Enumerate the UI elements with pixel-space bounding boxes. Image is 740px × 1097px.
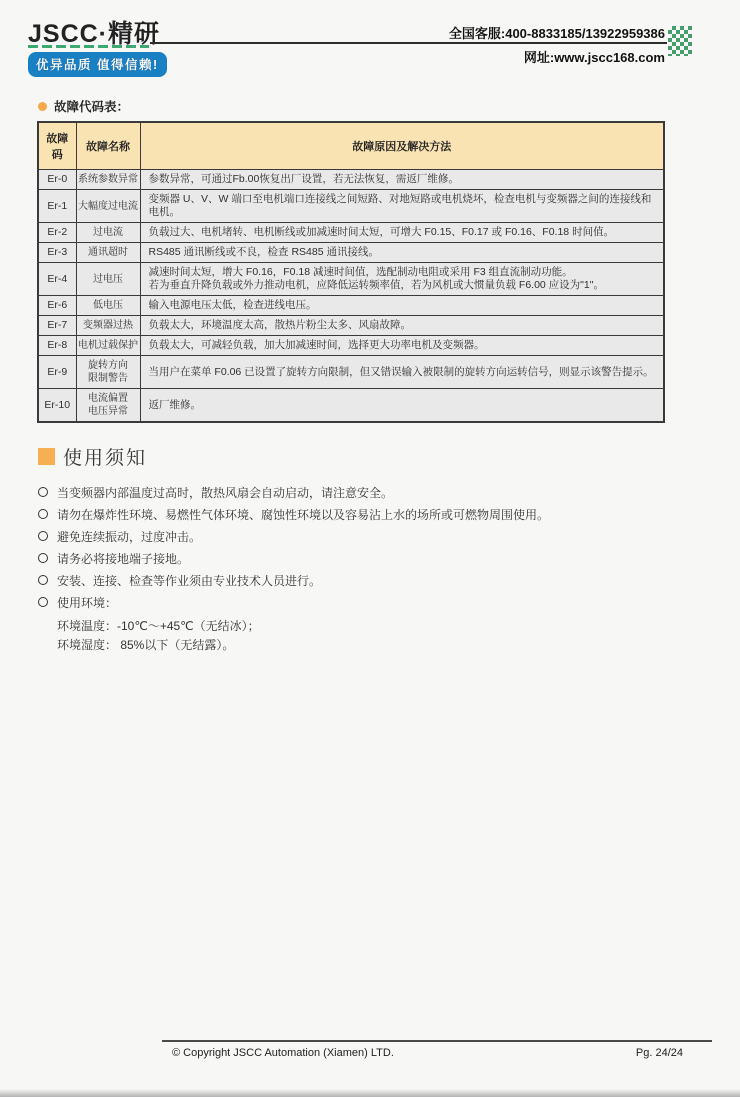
fault-desc-cell: 变频器 U、V、W 端口至电机端口连接线之间短路、对地短路或电机烧坏，检查电机与…: [140, 190, 664, 223]
fault-desc-cell: 负载太大，可减轻负载，加大加减速时间，选择更大功率电机及变频器。: [140, 336, 664, 356]
logo-underline-dashes-icon: [28, 45, 149, 48]
usage-notice-section: 使用须知 当变频器内部温度过高时，散热风扇会自动启动，请注意安全。 请勿在爆炸性…: [38, 443, 698, 661]
fault-desc-cell: 当用户在菜单 F0.06 已设置了旋转方向限制，但又错误输入被限制的旋转方向运转…: [140, 356, 664, 389]
bullet-ring-icon: [38, 531, 48, 541]
fault-table-row: Er-7 变频器过热 负载太大，环境温度太高，散热片粉尘太多、风扇故障。: [38, 316, 664, 336]
fault-name-cell: 变频器过热: [76, 316, 140, 336]
fault-name-cell: 低电压: [76, 296, 140, 316]
fault-code-cell: Er-1: [38, 190, 76, 223]
table-header-row: 故障码 故障名称 故障原因及解决方法: [38, 122, 664, 170]
fault-desc-cell: 返厂维修。: [140, 389, 664, 423]
bullet-ring-icon: [38, 597, 48, 607]
notice-item-sublines: 环境温度：-10℃～+45℃（无结冰）； 环境湿度： 85%以下（无结露）。: [57, 617, 698, 655]
fault-code-cell: Er-9: [38, 356, 76, 389]
notice-title: 使用须知: [63, 443, 147, 470]
fault-desc-cell: 参数异常，可通过Fb.00恢复出厂设置，若无法恢复，需返厂维修。: [140, 170, 664, 190]
notice-list-item: 请务必将接地端子接地。: [38, 551, 698, 567]
fault-name-cell: 系统参数异常: [76, 170, 140, 190]
fault-name-cell: 电机过载保护: [76, 336, 140, 356]
notice-list: 当变频器内部温度过高时，散热风扇会自动启动，请注意安全。 请勿在爆炸性环境、易燃…: [38, 485, 698, 655]
notice-list-item: 避免连续振动，过度冲击。: [38, 529, 698, 545]
fault-table-row: Er-6 低电压 输入电源电压太低，检查进线电压。: [38, 296, 664, 316]
fault-code-cell: Er-0: [38, 170, 76, 190]
fault-table-row: Er-8 电机过载保护 负载太大，可减轻负载，加大加减速时间，选择更大功率电机及…: [38, 336, 664, 356]
bullet-ring-icon: [38, 553, 48, 563]
copyright-text: © Copyright JSCC Automation (Xiamen) LTD…: [172, 1047, 394, 1059]
fault-name-cell: 通讯超时: [76, 243, 140, 263]
notice-item-text: 当变频器内部温度过高时，散热风扇会自动启动，请注意安全。: [57, 485, 393, 501]
fault-table-row: Er-0 系统参数异常 参数异常，可通过Fb.00恢复出厂设置，若无法恢复，需返…: [38, 170, 664, 190]
notice-item-text: 安装、连接、检查等作业须由专业技术人员进行。: [57, 573, 321, 589]
fault-table-title: 故障代码表：: [54, 97, 129, 115]
bullet-square-icon: [38, 448, 55, 465]
column-header-code: 故障码: [38, 122, 76, 170]
fault-code-cell: Er-6: [38, 296, 76, 316]
fault-table-row: Er-1 大幅度过电流 变频器 U、V、W 端口至电机端口连接线之间短路、对地短…: [38, 190, 664, 223]
column-header-name: 故障名称: [76, 122, 140, 170]
slogan-badge: 优异品质 值得信赖!: [28, 52, 167, 77]
column-header-solution: 故障原因及解决方法: [140, 122, 664, 170]
fault-name-cell: 电流偏置 电压异常: [76, 389, 140, 423]
fault-code-cell: Er-2: [38, 223, 76, 243]
notice-list-item: 请勿在爆炸性环境、易燃性气体环境、腐蚀性环境以及容易沾上水的场所或可燃物周围使用…: [38, 507, 698, 523]
notice-heading: 使用须知: [38, 443, 698, 470]
notice-list-item: 使用环境：: [38, 595, 698, 611]
fault-desc-cell: 负载太大，环境温度太高，散热片粉尘太多、风扇故障。: [140, 316, 664, 336]
fault-table-row: Er-3 通讯超时 RS485 通讯断线或不良，检查 RS485 通讯接线。: [38, 243, 664, 263]
fault-name-cell: 旋转方向 限制警告: [76, 356, 140, 389]
fault-table-row: Er-2 过电流 负载过大、电机堵转、电机断线或加减速时间太短，可增大 F0.1…: [38, 223, 664, 243]
footer-divider: [162, 1040, 712, 1042]
fault-table-row: Er-10 电流偏置 电压异常 返厂维修。: [38, 389, 664, 423]
fault-desc-cell: 减速时间太短，增大 F0.16，F0.18 减速时间值，选配制动电阻或采用 F3…: [140, 263, 664, 296]
fault-code-table: 故障码 故障名称 故障原因及解决方法 Er-0 系统参数异常 参数异常，可通过F…: [37, 121, 665, 423]
fault-desc-cell: RS485 通讯断线或不良，检查 RS485 通讯接线。: [140, 243, 664, 263]
fault-name-cell: 过电流: [76, 223, 140, 243]
fault-code-cell: Er-4: [38, 263, 76, 296]
fault-desc-cell: 输入电源电压太低，检查进线电压。: [140, 296, 664, 316]
notice-item-text: 使用环境：: [57, 595, 117, 611]
fault-section-heading: 故障代码表：: [38, 97, 129, 115]
bullet-circle-icon: [38, 102, 47, 111]
page-number: Pg. 24/24: [636, 1047, 683, 1059]
bullet-ring-icon: [38, 487, 48, 497]
bullet-ring-icon: [38, 575, 48, 585]
fault-name-cell: 大幅度过电流: [76, 190, 140, 223]
fault-code-cell: Er-3: [38, 243, 76, 263]
brand-checkerboard-icon: [668, 26, 692, 56]
notice-item-text: 请务必将接地端子接地。: [57, 551, 189, 567]
fault-code-cell: Er-8: [38, 336, 76, 356]
fault-table-row: Er-4 过电压 减速时间太短，增大 F0.16，F0.18 减速时间值，选配制…: [38, 263, 664, 296]
notice-list-item: 当变频器内部温度过高时，散热风扇会自动启动，请注意安全。: [38, 485, 698, 501]
fault-code-cell: Er-10: [38, 389, 76, 423]
notice-list-item: 安装、连接、检查等作业须由专业技术人员进行。: [38, 573, 698, 589]
header-divider: [150, 42, 667, 44]
page-bottom-edge: [0, 1089, 740, 1097]
fault-desc-cell: 负载过大、电机堵转、电机断线或加减速时间太短，可增大 F0.15、F0.17 或…: [140, 223, 664, 243]
fault-code-cell: Er-7: [38, 316, 76, 336]
bullet-ring-icon: [38, 509, 48, 519]
hotline-text: 全国客服:400-8833185/13922959386: [449, 23, 665, 42]
notice-item-text: 避免连续振动，过度冲击。: [57, 529, 201, 545]
notice-item-text: 请勿在爆炸性环境、易燃性气体环境、腐蚀性环境以及容易沾上水的场所或可燃物周围使用…: [57, 507, 549, 523]
fault-table-row: Er-9 旋转方向 限制警告 当用户在菜单 F0.06 已设置了旋转方向限制，但…: [38, 356, 664, 389]
website-text: 网址:www.jscc168.com: [524, 47, 665, 66]
fault-name-cell: 过电压: [76, 263, 140, 296]
